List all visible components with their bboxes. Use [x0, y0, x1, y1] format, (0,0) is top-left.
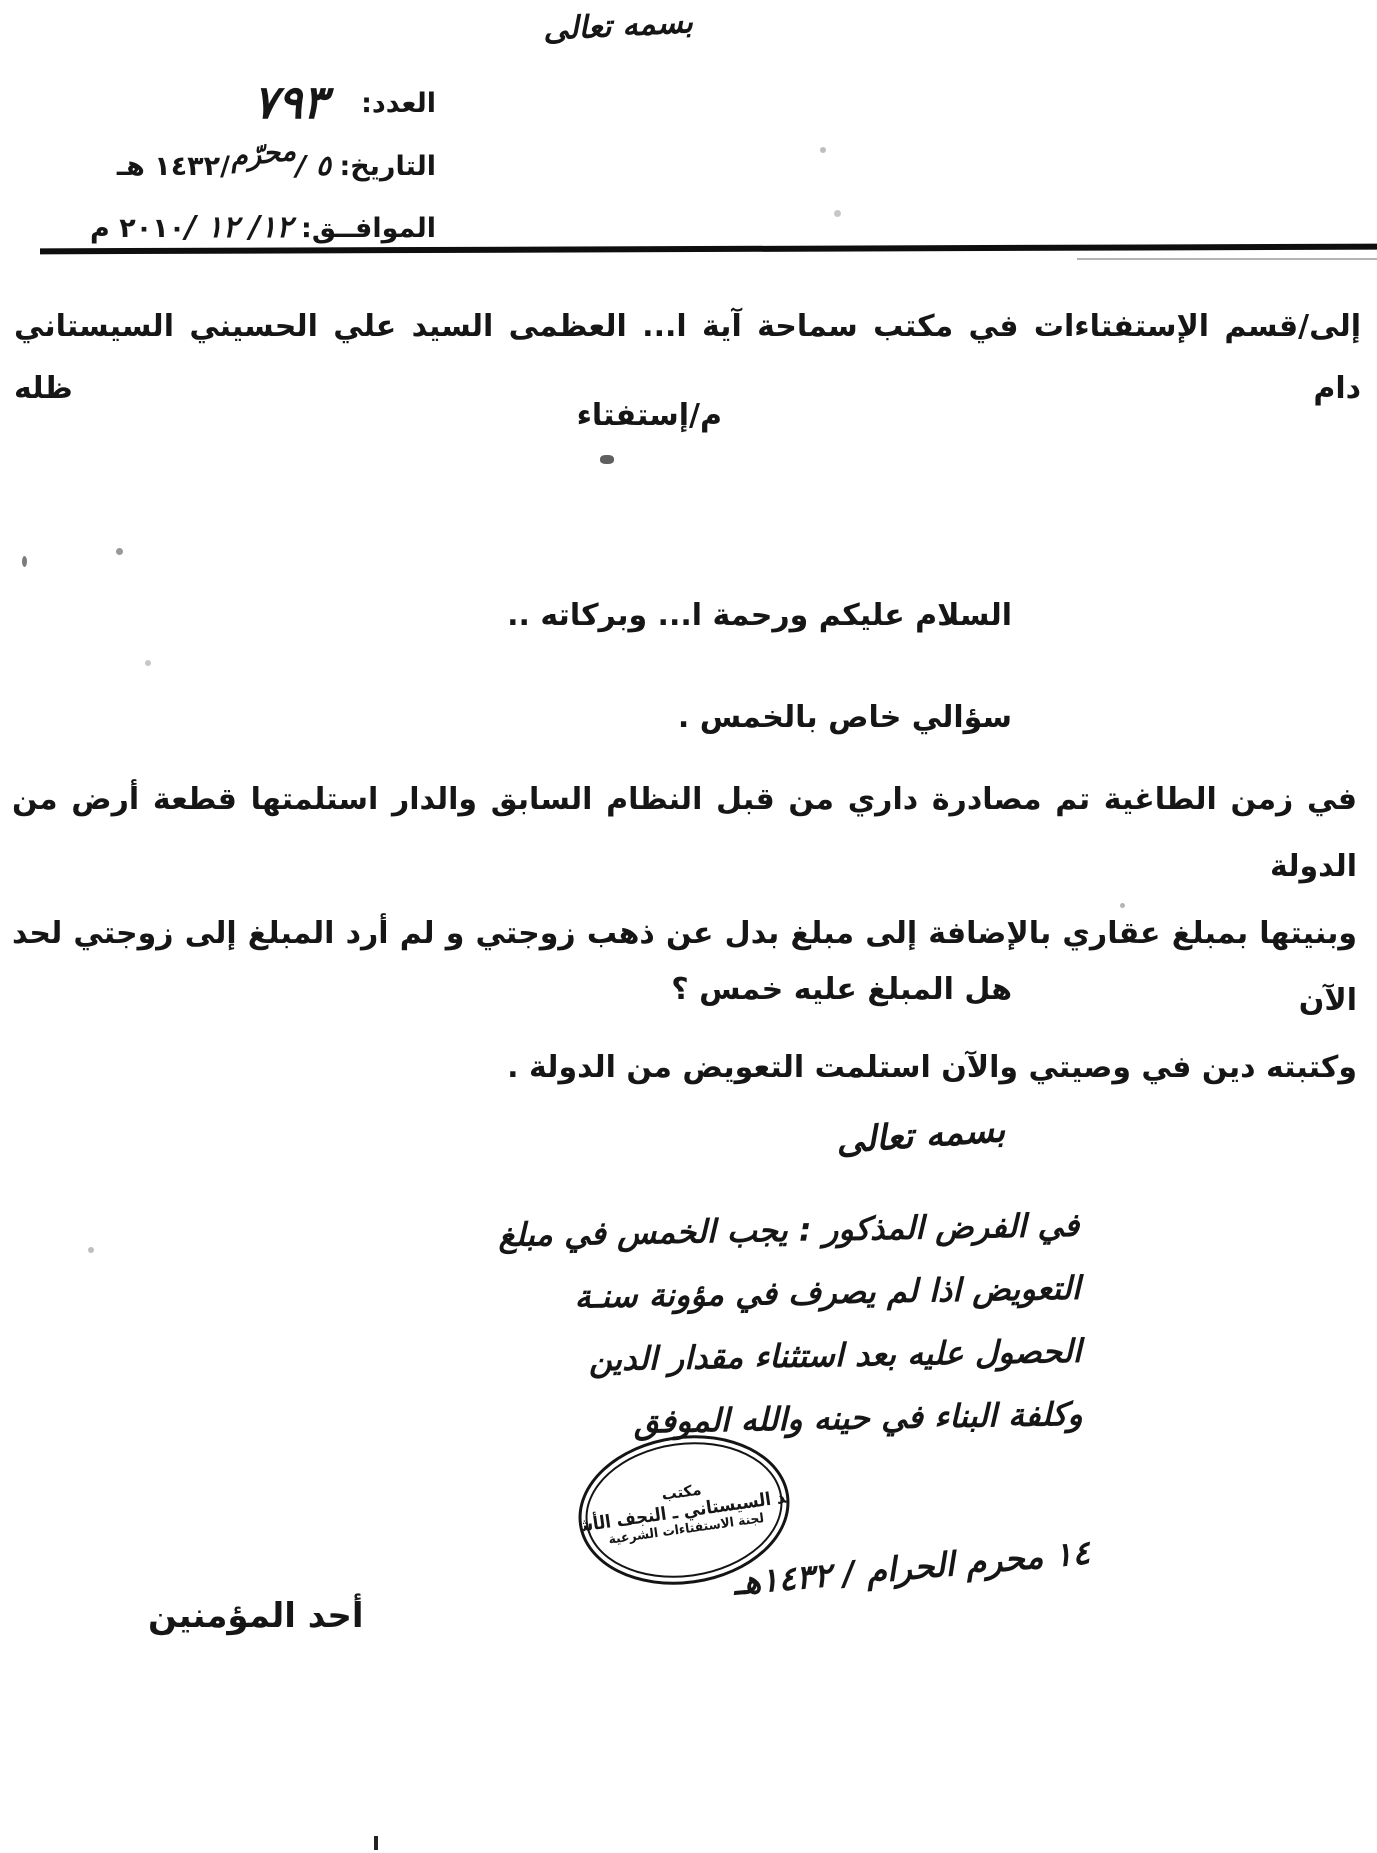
question-body: في زمن الطاغية تم مصادرة داري من قبل الن… [12, 766, 1357, 1101]
date-label: التاريخ: [340, 151, 437, 182]
gregorian-year: ٢٠١٠ م [90, 213, 185, 244]
date-day-handwritten: ٥ / [296, 149, 331, 182]
scan-speck [88, 1247, 94, 1253]
number-label: العدد: [361, 88, 436, 119]
question-intro: سؤالي خاص بالخمس . [678, 700, 1012, 735]
hijri-date-row: التاريخ: ٥ /محرّم/١٤٣٢ هـ [28, 134, 436, 199]
document-header: العدد:٧٩٣ التاريخ: ٥ /محرّم/١٤٣٢ هـ المو… [28, 72, 436, 258]
greeting-line: السلام عليكم ورحمة ا... وبركاته .. [507, 598, 1012, 633]
scan-speck [145, 660, 151, 666]
gregorian-daymonth-handwritten: ١٢/ ١٢ / [185, 210, 292, 245]
header-divider-shadow [1077, 258, 1377, 260]
scan-speck [1120, 903, 1125, 908]
scanned-istifta-document: بسمه تعالى العدد:٧٩٣ التاريخ: ٥ /محرّم/١… [0, 0, 1377, 1853]
question-body-line: وبنيتها بمبلغ عقاري بالإضافة إلى مبلغ بد… [12, 900, 1357, 1034]
date-year: ١٤٣٢ هـ [117, 151, 220, 182]
subject-line: م/إستفتاء [577, 398, 722, 433]
top-basmala: بسمه تعالى [497, 2, 739, 51]
question-body-line: وكتبته دين في وصيتي والآن استلمت التعويض… [12, 1034, 1357, 1101]
date-month-handwritten: محرّم [227, 119, 299, 190]
scan-speck [600, 455, 614, 464]
question-body-line: في زمن الطاغية تم مصادرة داري من قبل الن… [12, 766, 1357, 900]
scan-speck [22, 556, 27, 567]
answer-basmala-handwritten: بسمه تعالى [835, 1110, 1007, 1162]
sender-signature: أحد المؤمنين [148, 1596, 364, 1636]
scan-speck [834, 210, 841, 217]
scan-speck [116, 548, 123, 555]
answer-handwritten-block: في الفرض المذكور : يجب الخمس في مبلغ الت… [379, 1194, 1083, 1458]
date-separator: / [220, 151, 230, 182]
question-final-line: هل المبلغ عليه خمس ؟ [671, 972, 1012, 1007]
scan-speck [820, 147, 826, 153]
scan-tick-mark [374, 1836, 378, 1850]
answer-date-handwritten: ١٤ محرم الحرام / ١٤٣٢هـ [732, 1532, 1091, 1602]
gregorian-label: الموافــق: [301, 213, 436, 244]
